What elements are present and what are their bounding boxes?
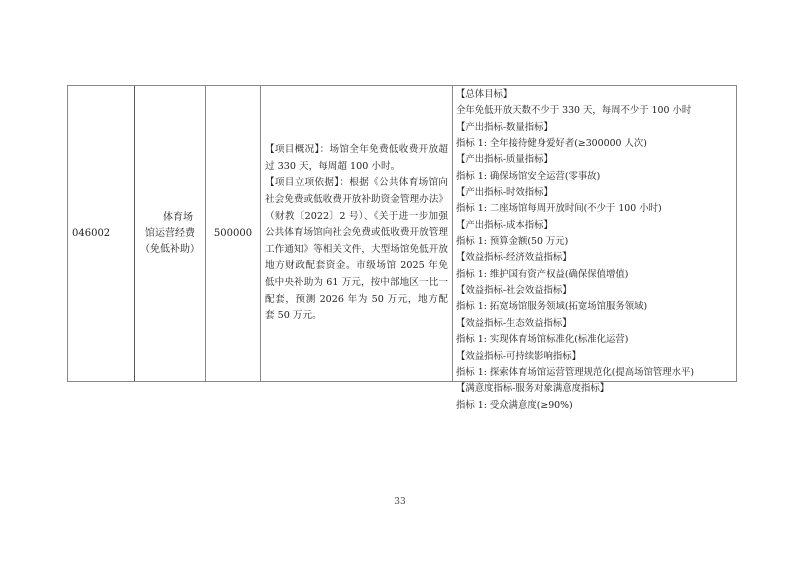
goal-line: 全年免低开放天数不少于 330 天，每周不少于 100 小时 <box>456 103 735 119</box>
goal-line: 指标 1: 确保场馆安全运营(零事故) <box>456 169 735 185</box>
goal-line: 【效益指标-社会效益指标】 <box>456 283 735 299</box>
name-cell: 体育场 馆运营经费 （免低补助） <box>135 86 206 381</box>
page-number: 33 <box>0 497 800 507</box>
goal-line: 【效益指标-经济效益指标】 <box>456 250 735 266</box>
goal-line: 【产出指标-时效指标】 <box>456 185 735 201</box>
goal-line: 【产出指标-质量指标】 <box>456 152 735 168</box>
project-table: 046002 体育场 馆运营经费 （免低补助） 500000 【项目概况】：场馆… <box>67 85 737 382</box>
goal-line: 【效益指标-生态效益指标】 <box>456 316 735 332</box>
goal-line: 指标 1: 预算金额(50 万元) <box>456 234 735 250</box>
project-code: 046002 <box>68 228 110 239</box>
goal-line: 【效益指标-可持续影响指标】 <box>456 349 735 365</box>
project-basis: 【项目立项依据】：根据《公共体育场馆向社会免费或低收费开放补助资金管理办法》（财… <box>265 175 448 324</box>
description-cell: 【项目概况】：场馆全年免费低收费开放超过 330 天，每周超 100 小时。 【… <box>261 86 453 381</box>
code-cell: 046002 <box>68 86 135 381</box>
goal-line: 指标 1: 全年接待健身爱好者(≥300000 人次) <box>456 136 735 152</box>
goal-line: 指标 1: 探索体育场馆运营管理规范化(提高场馆管理水平) <box>456 365 735 381</box>
amount-cell: 500000 <box>206 86 261 381</box>
goals-cell: 【总体目标】 全年免低开放天数不少于 330 天，每周不少于 100 小时 【产… <box>453 86 737 381</box>
project-name: 体育场 馆运营经费 （免低补助） <box>135 210 205 258</box>
goal-line: 指标 1: 维护国有资产权益(确保保值增值) <box>456 267 735 283</box>
goal-line: 【总体目标】 <box>456 87 735 103</box>
project-overview: 【项目概况】：场馆全年免费低收费开放超过 330 天，每周超 100 小时。 <box>265 142 448 175</box>
goal-line: 【产出指标-数量指标】 <box>456 120 735 136</box>
performance-goals: 【总体目标】 全年免低开放天数不少于 330 天，每周不少于 100 小时 【产… <box>456 87 735 414</box>
goal-line: 指标 1: 受众满意度(≥90%) <box>456 398 735 414</box>
project-description: 【项目概况】：场馆全年免费低收费开放超过 330 天，每周超 100 小时。 【… <box>261 142 452 325</box>
goal-line: 指标 1: 拓宽场馆服务领域(拓宽场馆服务领域) <box>456 299 735 315</box>
goal-line: 【产出指标-成本指标】 <box>456 218 735 234</box>
project-amount: 500000 <box>214 228 252 239</box>
goal-line: 指标 1: 实现体育场馆标准化(标准化运营) <box>456 332 735 348</box>
goal-line: 指标 1: 二座场馆每周开放时间(不少于 100 小时) <box>456 201 735 217</box>
goal-line: 【满意度指标-服务对象满意度指标】 <box>456 381 735 397</box>
